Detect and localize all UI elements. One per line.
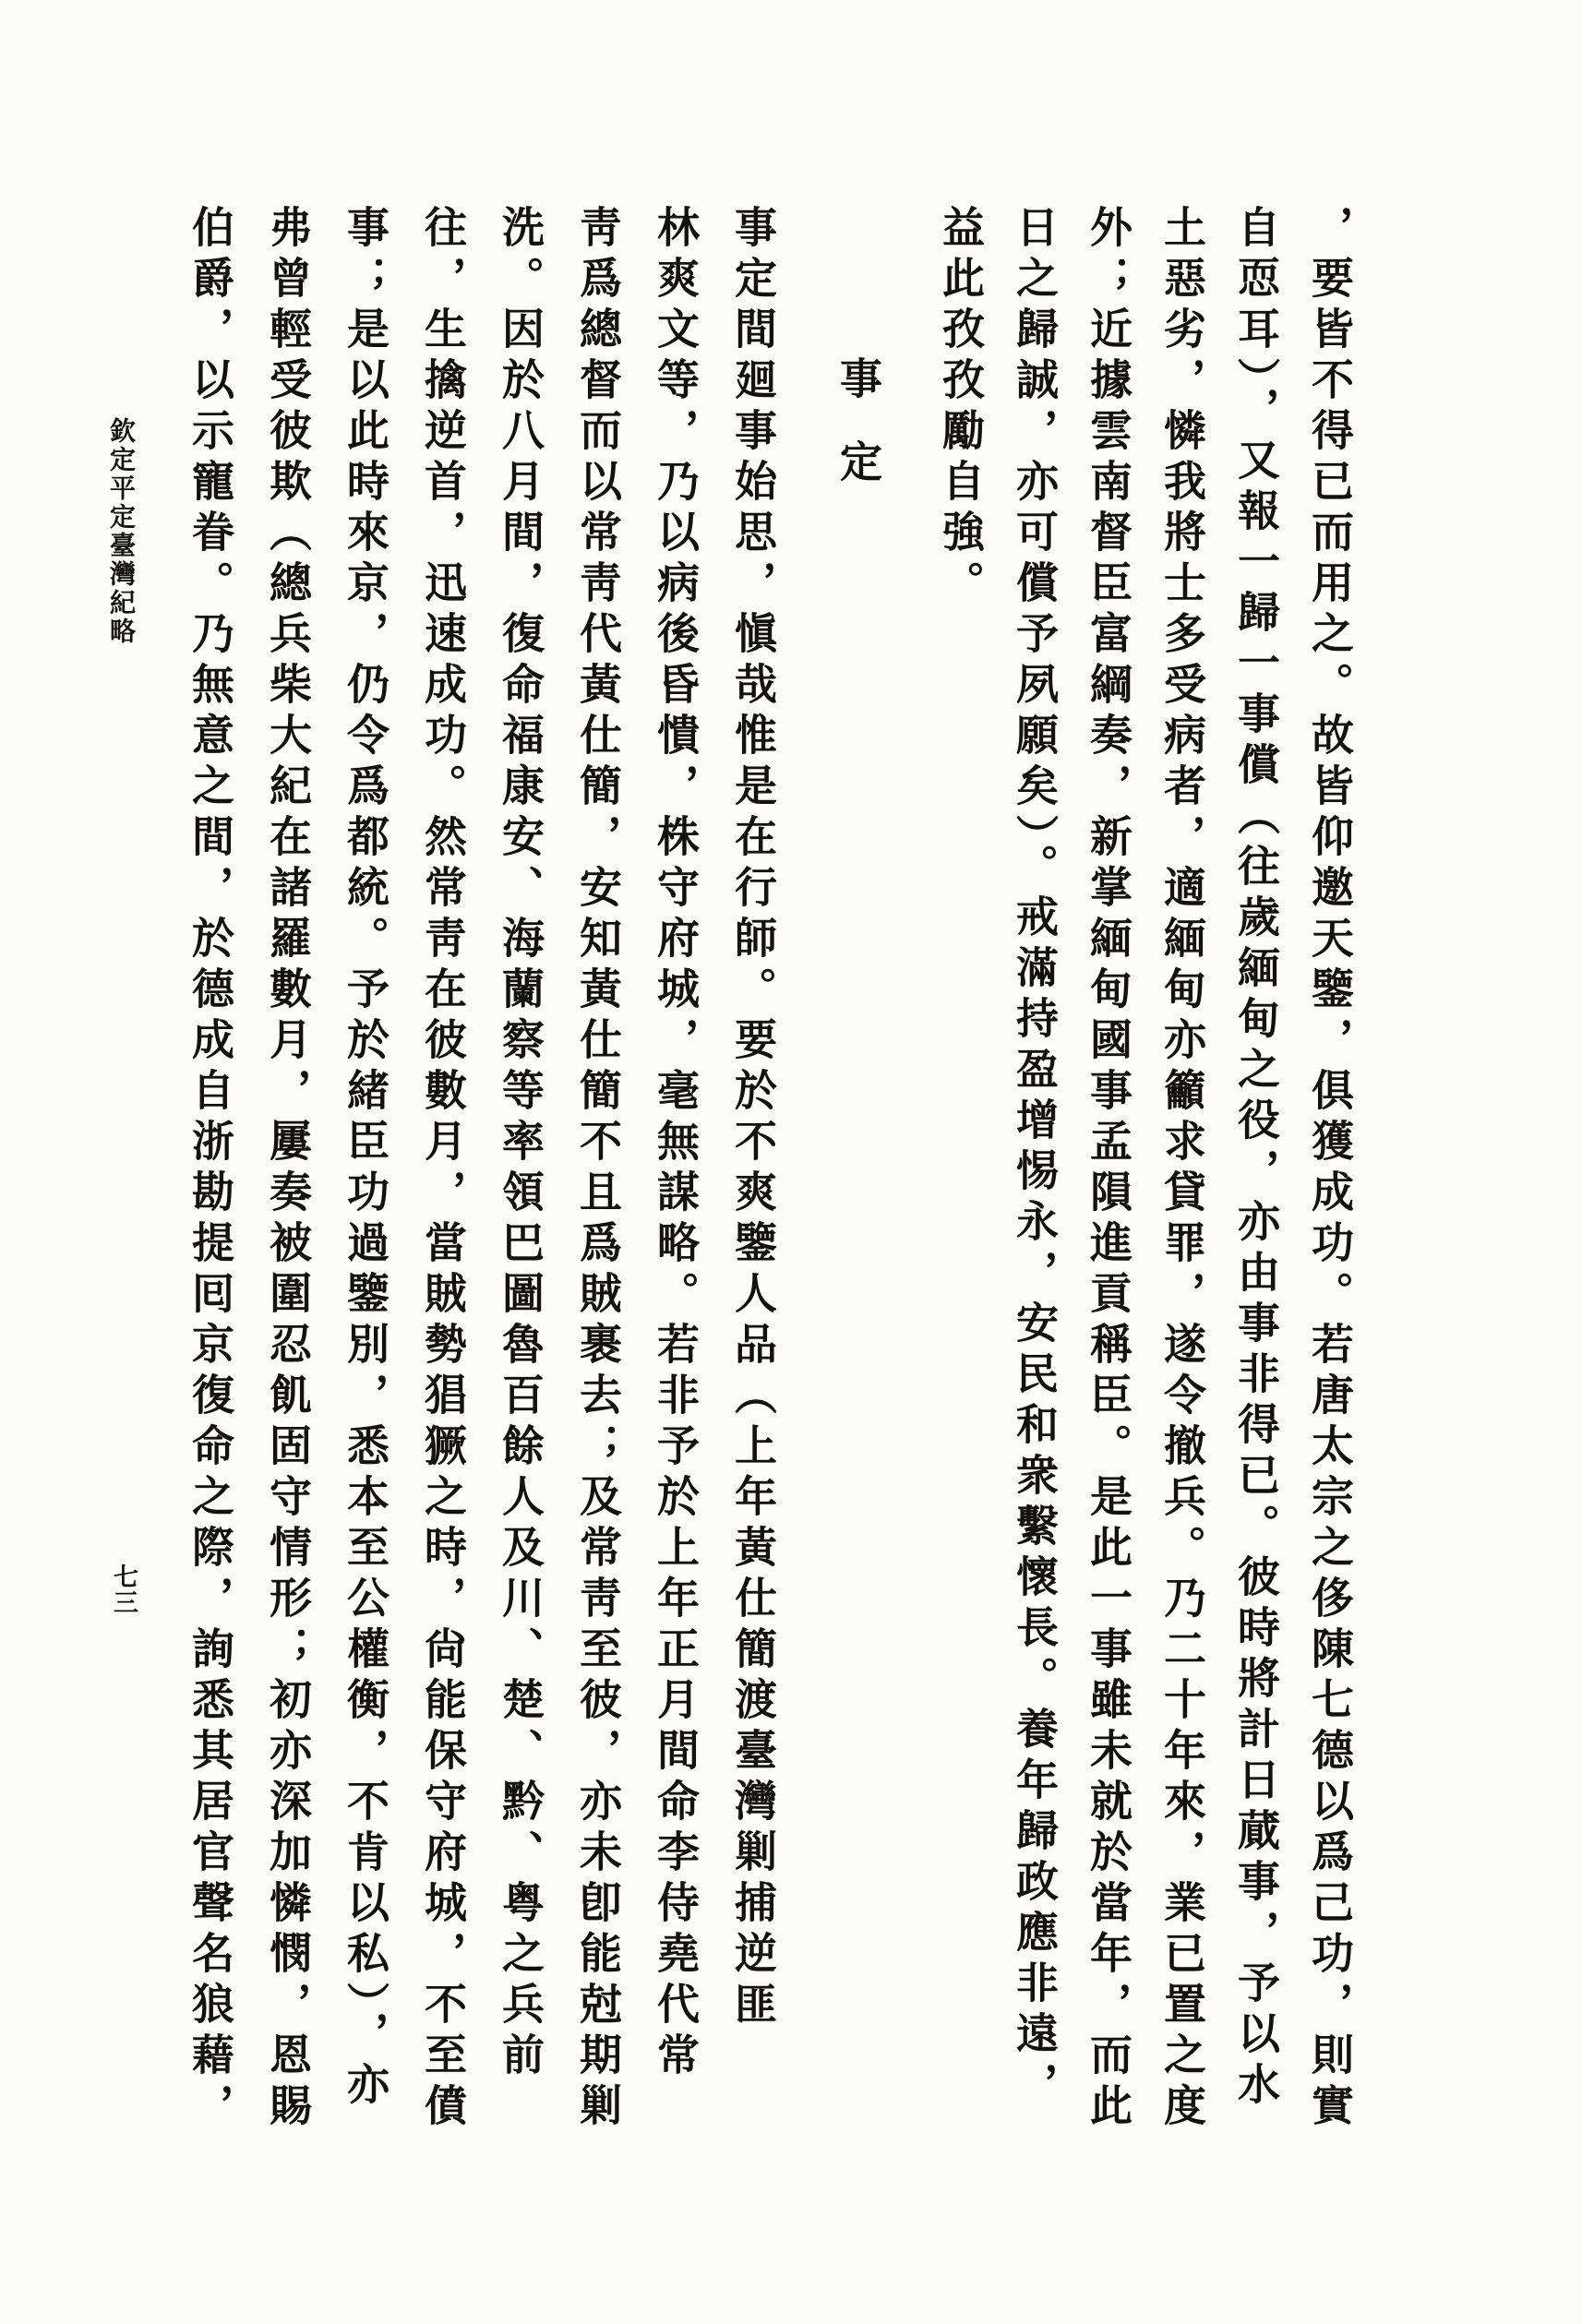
text-column: 自恧耳），又報一歸一事償（往歲緬甸之役，亦由事非得已。彼時將計日蕆事，予以水 bbox=[1231, 205, 1279, 2113]
text-column: 事；是以此時來京，仍令爲都統。予於緒臣功過鑒別，悉本至公權衡，不肯以私），亦 bbox=[341, 205, 389, 2113]
text-column: 往，生擒逆首，迅速成功。然常靑在彼數月，當賊勢猖獗之時，尙能保守府城，不至僨 bbox=[418, 205, 466, 2134]
section-title: 事定 bbox=[840, 356, 888, 522]
text-column: 洗。因於八月間，復命福康安、海蘭察等率領巴圖魯百餘人及川、楚、黔、粤之兵前 bbox=[496, 205, 544, 2083]
text-column: 靑爲總督而以常靑代黃仕簡，安知黃仕簡不且爲賊裹去；及常靑至彼，亦未卽能尅期剿 bbox=[573, 205, 621, 2134]
text-column: 弗曾輕受彼欺（總兵柴大紀在諸羅數月，屢奏被圍忍飢固守情形；初亦深加憐憫，恩賜 bbox=[263, 205, 311, 2134]
text-column: 外；近據雲南督臣富綱奏，新掌緬甸國事孟隕進貢稱臣。是此一事雖未就於當年，而此 bbox=[1084, 205, 1132, 2134]
text-column: 土惡劣，憐我將士多受病者，適緬甸亦籲求貸罪，遂令撤兵。乃二十年來，業已置之度 bbox=[1157, 205, 1205, 2134]
book-title: 欽定平定臺灣紀略 bbox=[103, 417, 135, 646]
text-column: ，要皆不得已而用之。故皆仰邀天鑒，俱獲成功。若唐太宗之侈陳七德以爲己功，則實 bbox=[1305, 205, 1353, 2134]
scanned-book-page: ，要皆不得已而用之。故皆仰邀天鑒，俱獲成功。若唐太宗之侈陳七德以爲己功，則實 自… bbox=[0, 0, 1582, 2324]
text-column: 林爽文等，乃以病後昏憒，株守府城，毫無謀略。若非予於上年正月間命李侍堯代常 bbox=[651, 205, 699, 2083]
page-number: 七三 bbox=[105, 1563, 137, 1615]
text-column: 事定間廻事始思，愼哉惟是在行師。要於不爽鑒人品（上年黃仕簡渡臺灣剿捕逆匪 bbox=[728, 205, 776, 2032]
text-column: 日之歸誠，亦可償予夙願矣）。戒滿持盈增惕永，安民和衆繫懷長。養年歸政應非遠， bbox=[1010, 205, 1058, 2113]
text-column: 益此孜孜勵自強。 bbox=[936, 205, 984, 611]
text-column: 伯爵，以示寵眷。乃無意之間，於德成自浙勘提囘京復命之際，詢悉其居官聲名狼藉， bbox=[186, 205, 234, 2134]
